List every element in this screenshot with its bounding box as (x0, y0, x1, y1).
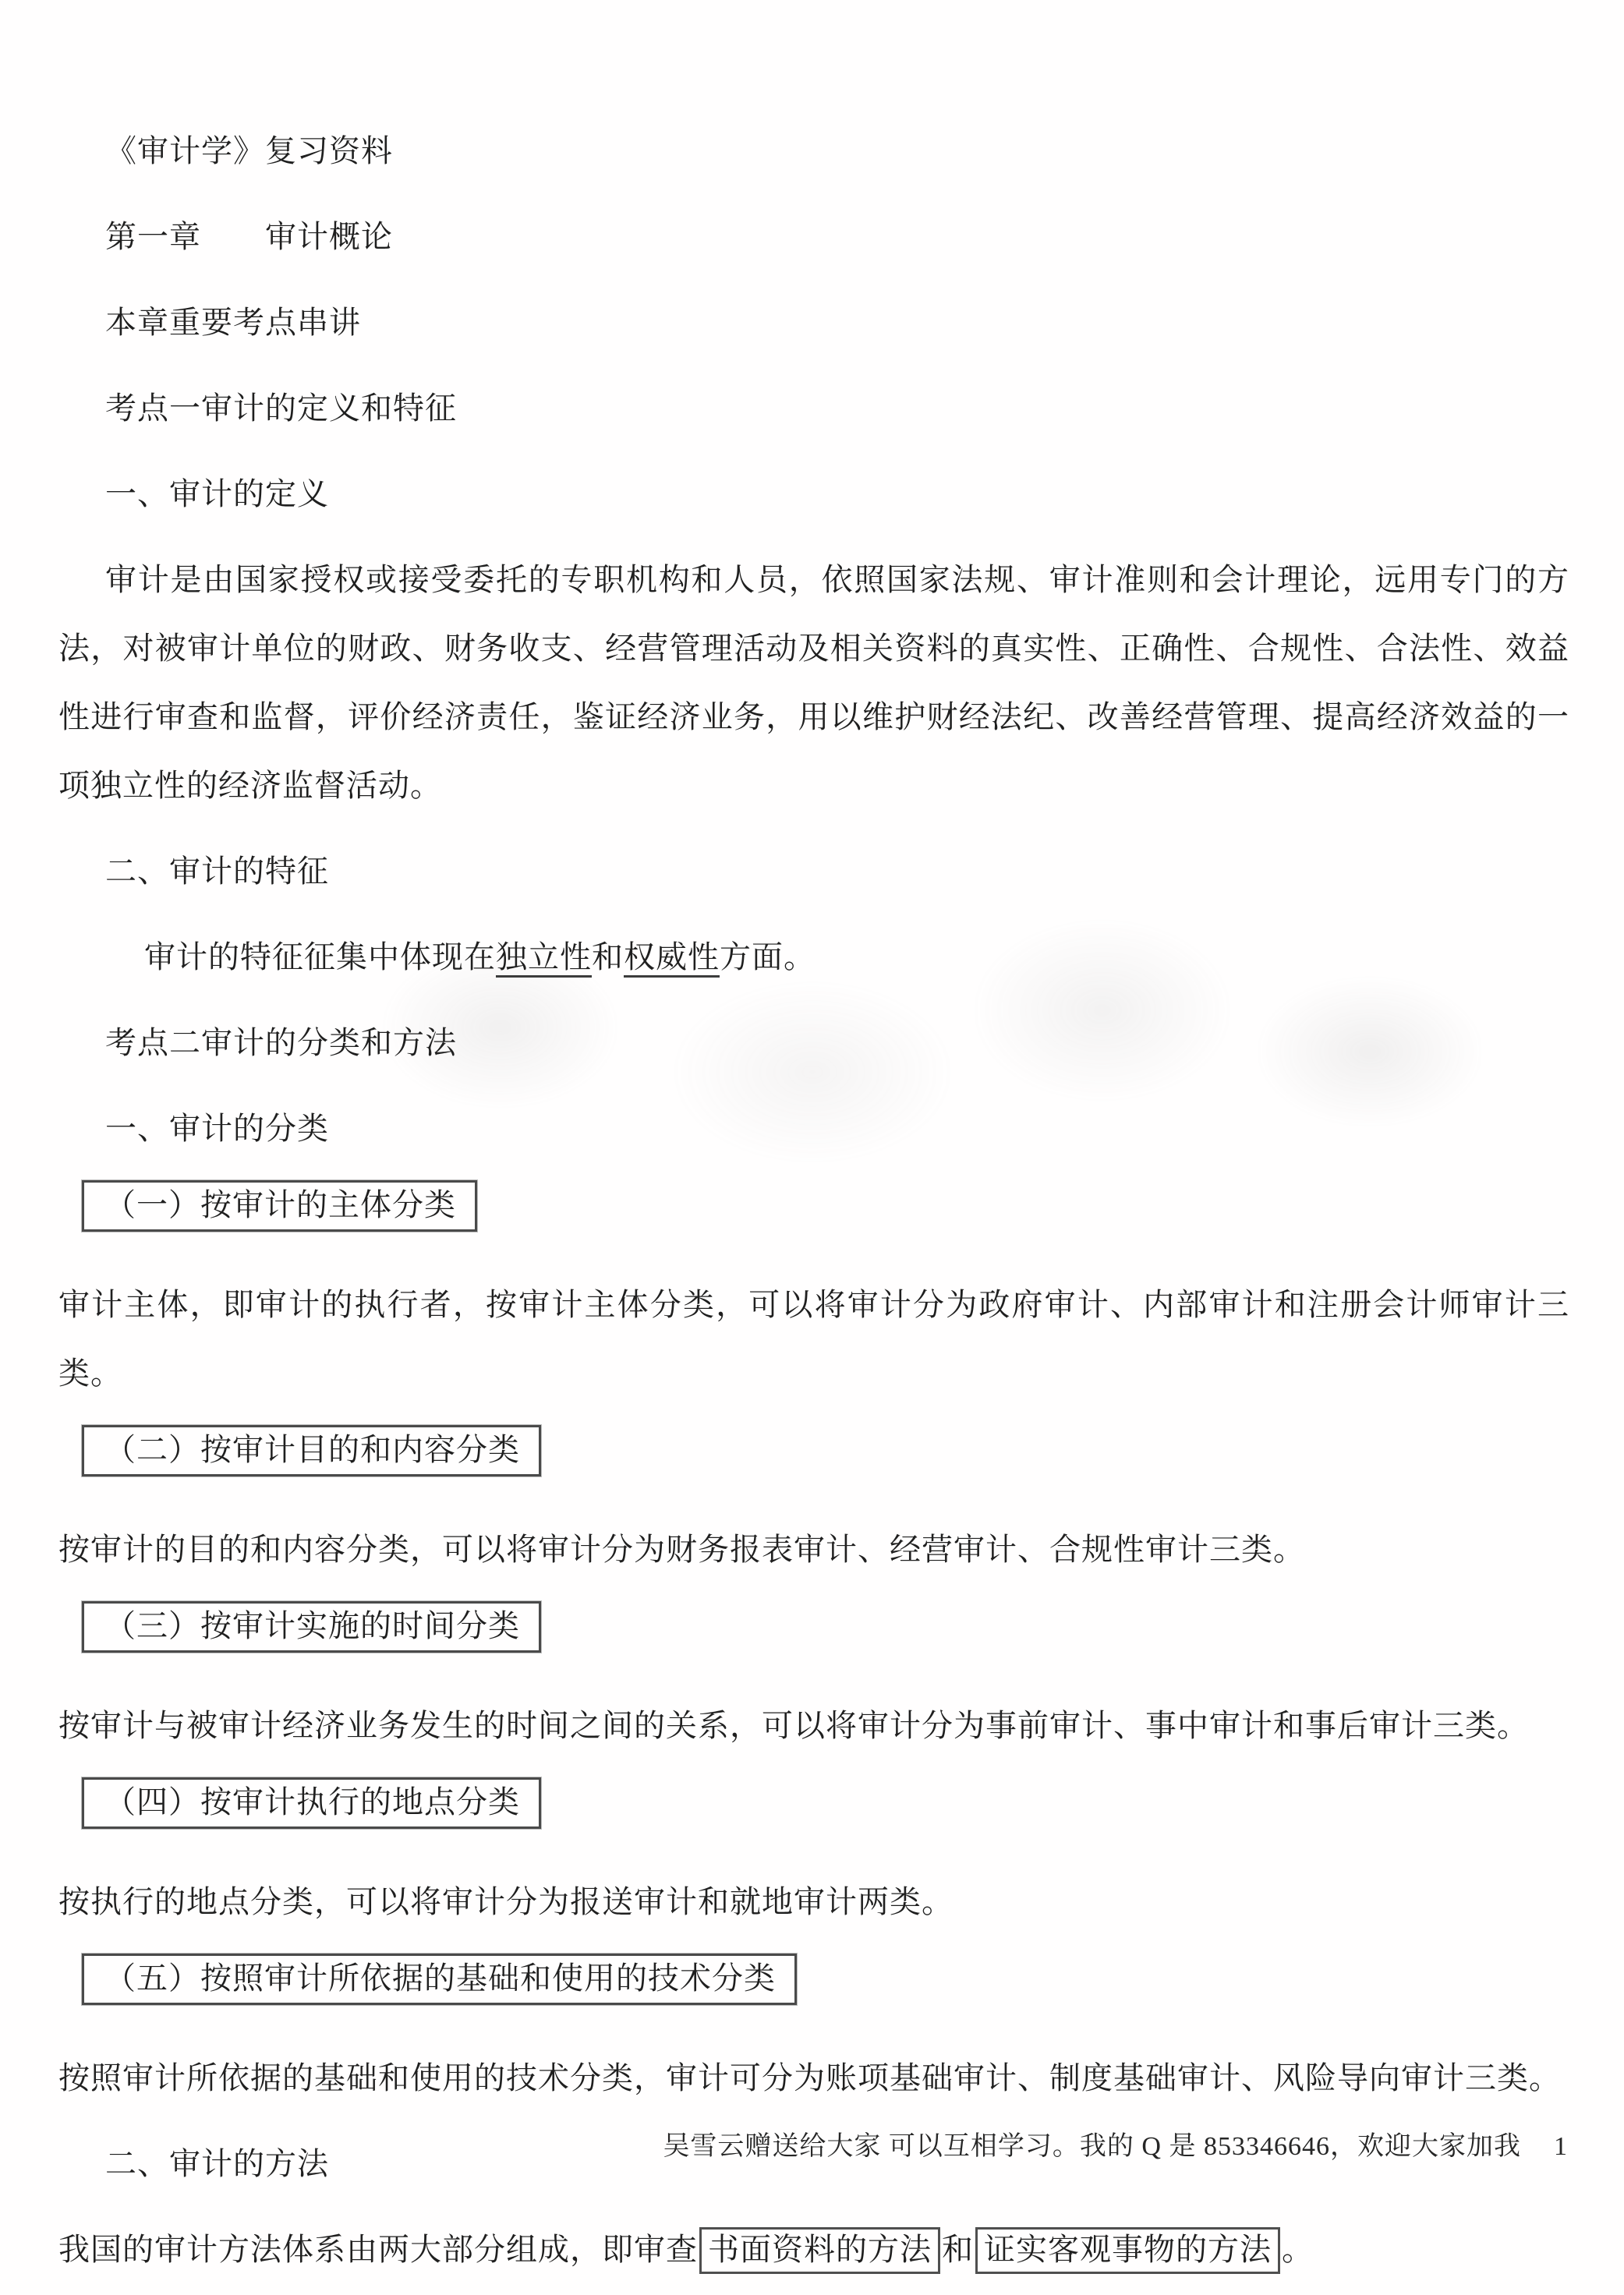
document-content: 《审计学》复习资料 第一章 审计概论 本章重要考点串讲 考点一审计的定义和特征 … (58, 117, 1569, 2295)
method-boxed-objective-facts: 证实客观事物的方法 (975, 2227, 1280, 2274)
method-conjunction: 和 (942, 2232, 974, 2267)
classification-desc-5: 按照审计所依据的基础和使用的技术分类，审计可分为账项基础审计、制度基础审计、风险… (58, 2044, 1569, 2113)
classification-box-3: （三）按审计实施的时间分类 (82, 1601, 541, 1653)
feature-sentence-prefix: 审计的特征征集中体现在 (144, 939, 496, 974)
method-sentence-prefix: 我国的审计方法体系由两大部分组成，即审查 (58, 2232, 698, 2267)
classification-desc-1: 审计主体，即审计的执行者，按审计主体分类，可以将审计分为政府审计、内部审计和注册… (58, 1271, 1569, 1408)
feature-heading: 二、审计的特征 (58, 837, 1569, 906)
classification-box-3-row: （三）按审计实施的时间分类 (58, 1601, 1569, 1653)
footer-note: 吴雪云赠送给大家 可以互相学习。我的 Q 是 853346646，欢迎大家加我 (663, 2130, 1521, 2164)
classification-desc-2: 按审计的目的和内容分类，可以将审计分为财务报表审计、经营审计、合规性审计三类。 (58, 1515, 1569, 1584)
method-sentence: 我国的审计方法体系由两大部分组成，即审查书面资料的方法和证实客观事物的方法。 (58, 2215, 1569, 2284)
method-sentence-suffix: 。 (1282, 2232, 1314, 2267)
definition-paragraph: 审计是由国家授权或接受委托的专职机构和人员，依照国家法规、审计准则和会计理论，远… (58, 546, 1569, 820)
classification-box-5-row: （五）按照审计所依据的基础和使用的技术分类 (58, 1954, 1569, 2005)
scanned-document-page: 《审计学》复习资料 第一章 审计概论 本章重要考点串讲 考点一审计的定义和特征 … (0, 0, 1624, 2295)
feature-underlined-independence: 独立性 (496, 939, 592, 978)
topic2-heading: 考点二审计的分类和方法 (58, 1009, 1569, 1077)
classification-box-2-row: （二）按审计目的和内容分类 (58, 1425, 1569, 1476)
classification-box-5: （五）按照审计所依据的基础和使用的技术分类 (82, 1954, 797, 2005)
feature-conjunction: 和 (592, 939, 624, 974)
page-number: 1 (1554, 2130, 1568, 2164)
topic1-heading: 考点一审计的定义和特征 (58, 374, 1569, 443)
chapter-heading: 第一章 审计概论 (58, 203, 1569, 271)
feature-underlined-authority: 权威性 (624, 939, 720, 978)
document-title: 《审计学》复习资料 (58, 117, 1569, 186)
feature-sentence-suffix: 方面。 (720, 939, 816, 974)
classification-box-2: （二）按审计目的和内容分类 (82, 1425, 541, 1476)
classification-box-4: （四）按审计执行的地点分类 (82, 1777, 541, 1829)
classification-desc-4: 按执行的地点分类，可以将审计分为报送审计和就地审计两类。 (58, 1868, 1569, 1936)
classification-box-1: （一）按审计的主体分类 (82, 1180, 477, 1232)
classification-box-1-row: （一）按审计的主体分类 (58, 1180, 1569, 1232)
definition-heading: 一、审计的定义 (58, 460, 1569, 529)
feature-sentence: 审计的特征征集中体现在独立性和权威性方面。 (58, 923, 1569, 992)
classification-desc-3: 按审计与被审计经济业务发生的时间之间的关系，可以将审计分为事前审计、事中审计和事… (58, 1692, 1569, 1760)
page-footer: 吴雪云赠送给大家 可以互相学习。我的 Q 是 853346646，欢迎大家加我 … (663, 2130, 1568, 2164)
classification-box-4-row: （四）按审计执行的地点分类 (58, 1777, 1569, 1829)
method-boxed-written-materials: 书面资料的方法 (699, 2227, 940, 2274)
classification-heading: 一、审计的分类 (58, 1094, 1569, 1163)
summary-heading: 本章重要考点串讲 (58, 288, 1569, 357)
